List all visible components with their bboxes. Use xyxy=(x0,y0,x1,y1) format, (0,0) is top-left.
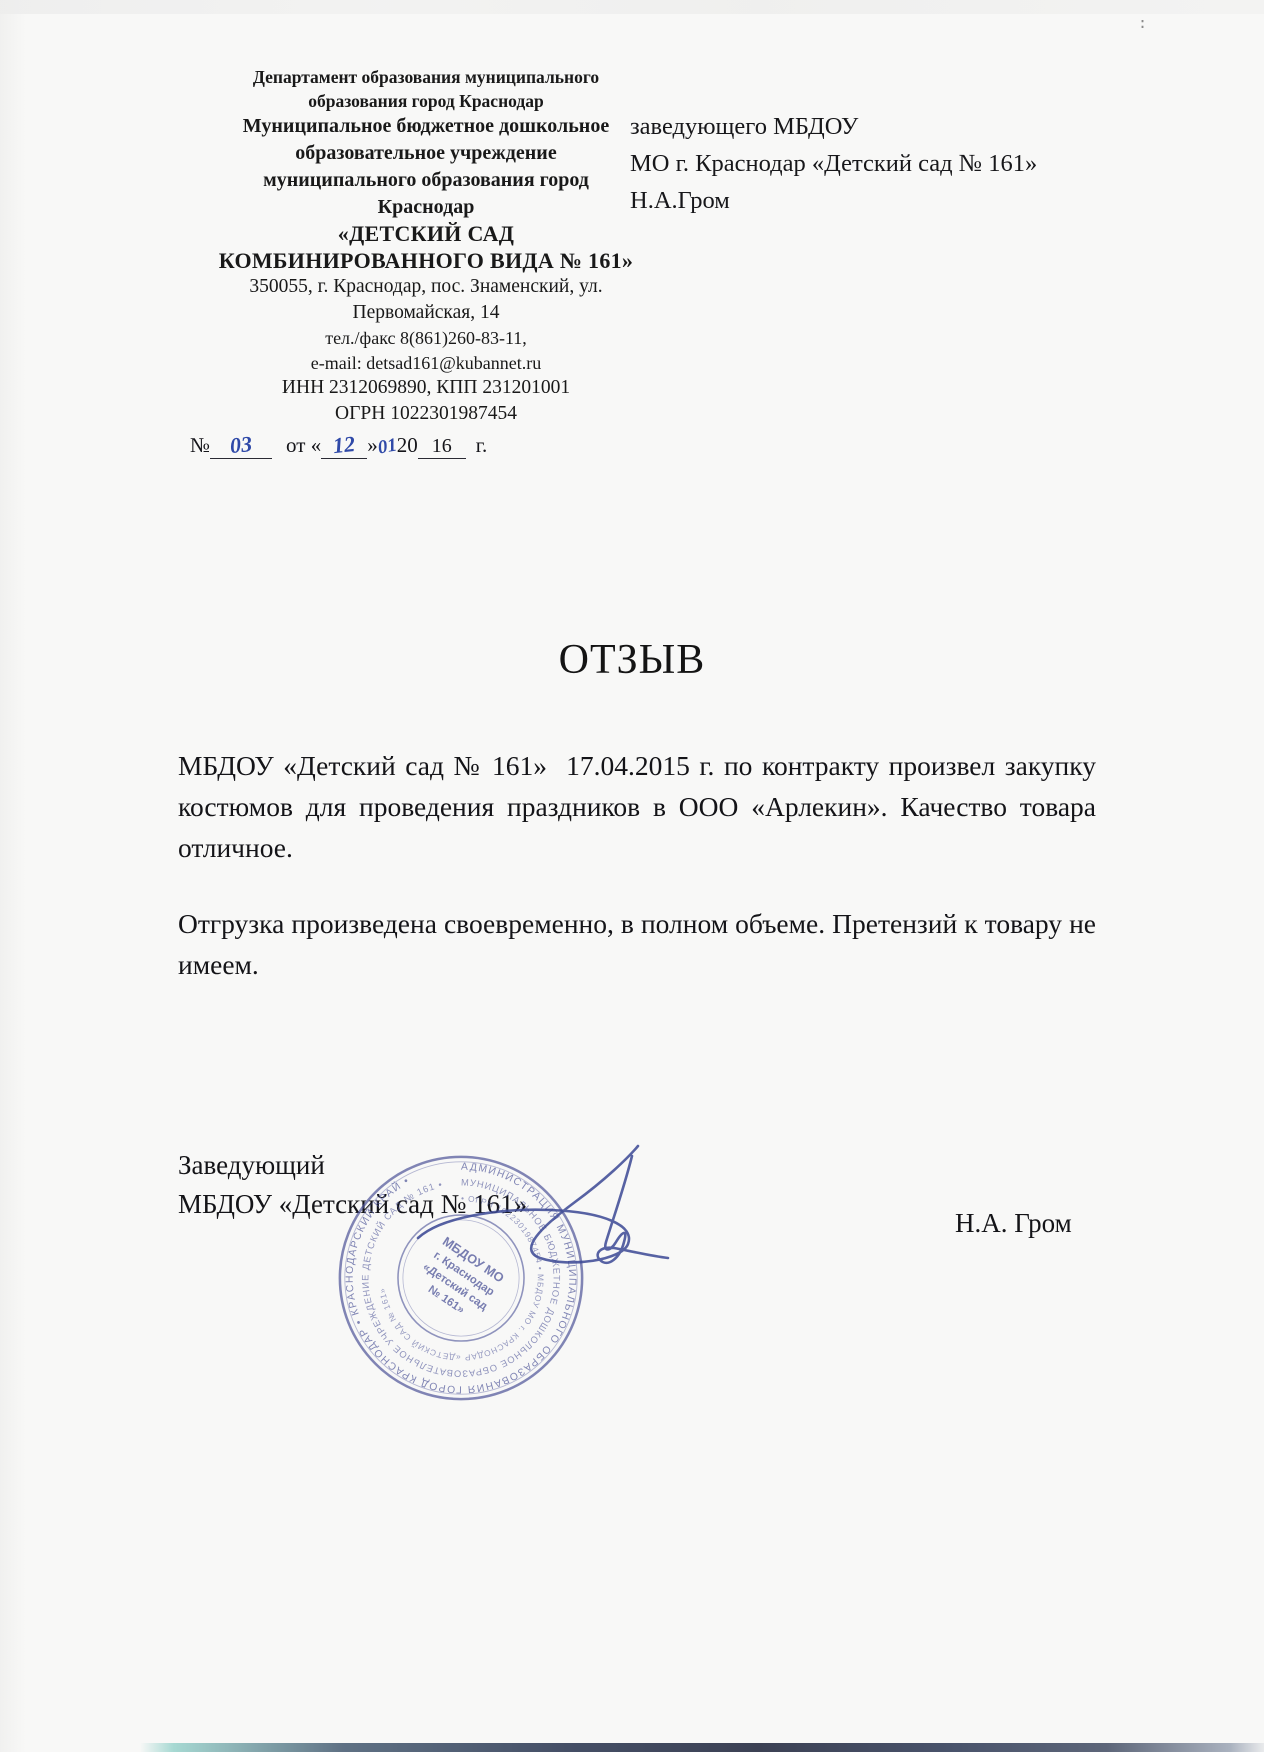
number-sign-label: № xyxy=(190,433,210,458)
org-line: Муниципальное бюджетное дошкольное xyxy=(185,113,667,140)
addressee-block: заведующего МБДОУ МО г. Краснодар «Детск… xyxy=(630,108,1130,219)
doc-number-line: №03 от «12»012016 г. xyxy=(190,432,610,459)
scan-bottom-edge xyxy=(140,1743,1264,1752)
day-blank: 12 xyxy=(321,432,367,459)
year-blank: 16 xyxy=(418,435,466,459)
year-suffix: г. xyxy=(476,433,488,458)
doc-number-blank: 03 xyxy=(210,432,272,459)
scan-speck: : xyxy=(1138,14,1147,32)
day-handwritten: 12 xyxy=(332,431,357,459)
addressee-line: заведующего МБДОУ xyxy=(630,108,1130,145)
org-line: Краснодар xyxy=(185,194,667,221)
org-ogrn-line: ОГРН 1022301987454 xyxy=(185,401,667,427)
org-address-line: Первомайская, 14 xyxy=(185,300,667,326)
org-line: образования город Краснодар xyxy=(185,90,667,114)
scan-edge-shade xyxy=(0,0,26,1752)
body-paragraph: Отгрузка произведена своевременно, в пол… xyxy=(178,903,1096,985)
letterhead-org-block: Департамент образования муниципального о… xyxy=(185,66,667,426)
scanned-document-page: Департамент образования муниципального о… xyxy=(0,0,1264,1752)
org-phone-line: тел./факс 8(861)260-83-11, xyxy=(185,326,667,351)
handwritten-signature xyxy=(400,1130,730,1290)
org-line: Департамент образования муниципального xyxy=(185,66,667,90)
org-line: образовательное учреждение xyxy=(185,140,667,167)
org-line: муниципального образования город xyxy=(185,167,667,194)
doc-number-handwritten: 03 xyxy=(229,431,254,459)
month-handwritten: 01 xyxy=(376,435,399,460)
body-paragraph: МБДОУ «Детский сад № 161» 17.04.2015 г. … xyxy=(178,745,1096,868)
year-prefix: 20 xyxy=(397,433,418,458)
org-address-line: 350055, г. Краснодар, пос. Знаменский, у… xyxy=(185,274,667,300)
org-inn-kpp-line: ИНН 2312069890, КПП 231201001 xyxy=(185,375,667,401)
ot-label: от « xyxy=(286,433,321,458)
addressee-line: Н.А.Гром xyxy=(630,182,1130,219)
addressee-line: МО г. Краснодар «Детский сад № 161» xyxy=(630,145,1130,182)
org-name-line: «ДЕТСКИЙ САД xyxy=(185,221,667,248)
document-title: ОТЗЫВ xyxy=(0,636,1264,684)
org-email-line: e-mail: detsad161@kubannet.ru xyxy=(185,351,667,376)
year-value: 16 xyxy=(432,435,452,457)
signatory-name: Н.А. Гром xyxy=(955,1208,1072,1239)
org-name-line: КОМБИНИРОВАННОГО ВИДА № 161» xyxy=(185,248,667,275)
